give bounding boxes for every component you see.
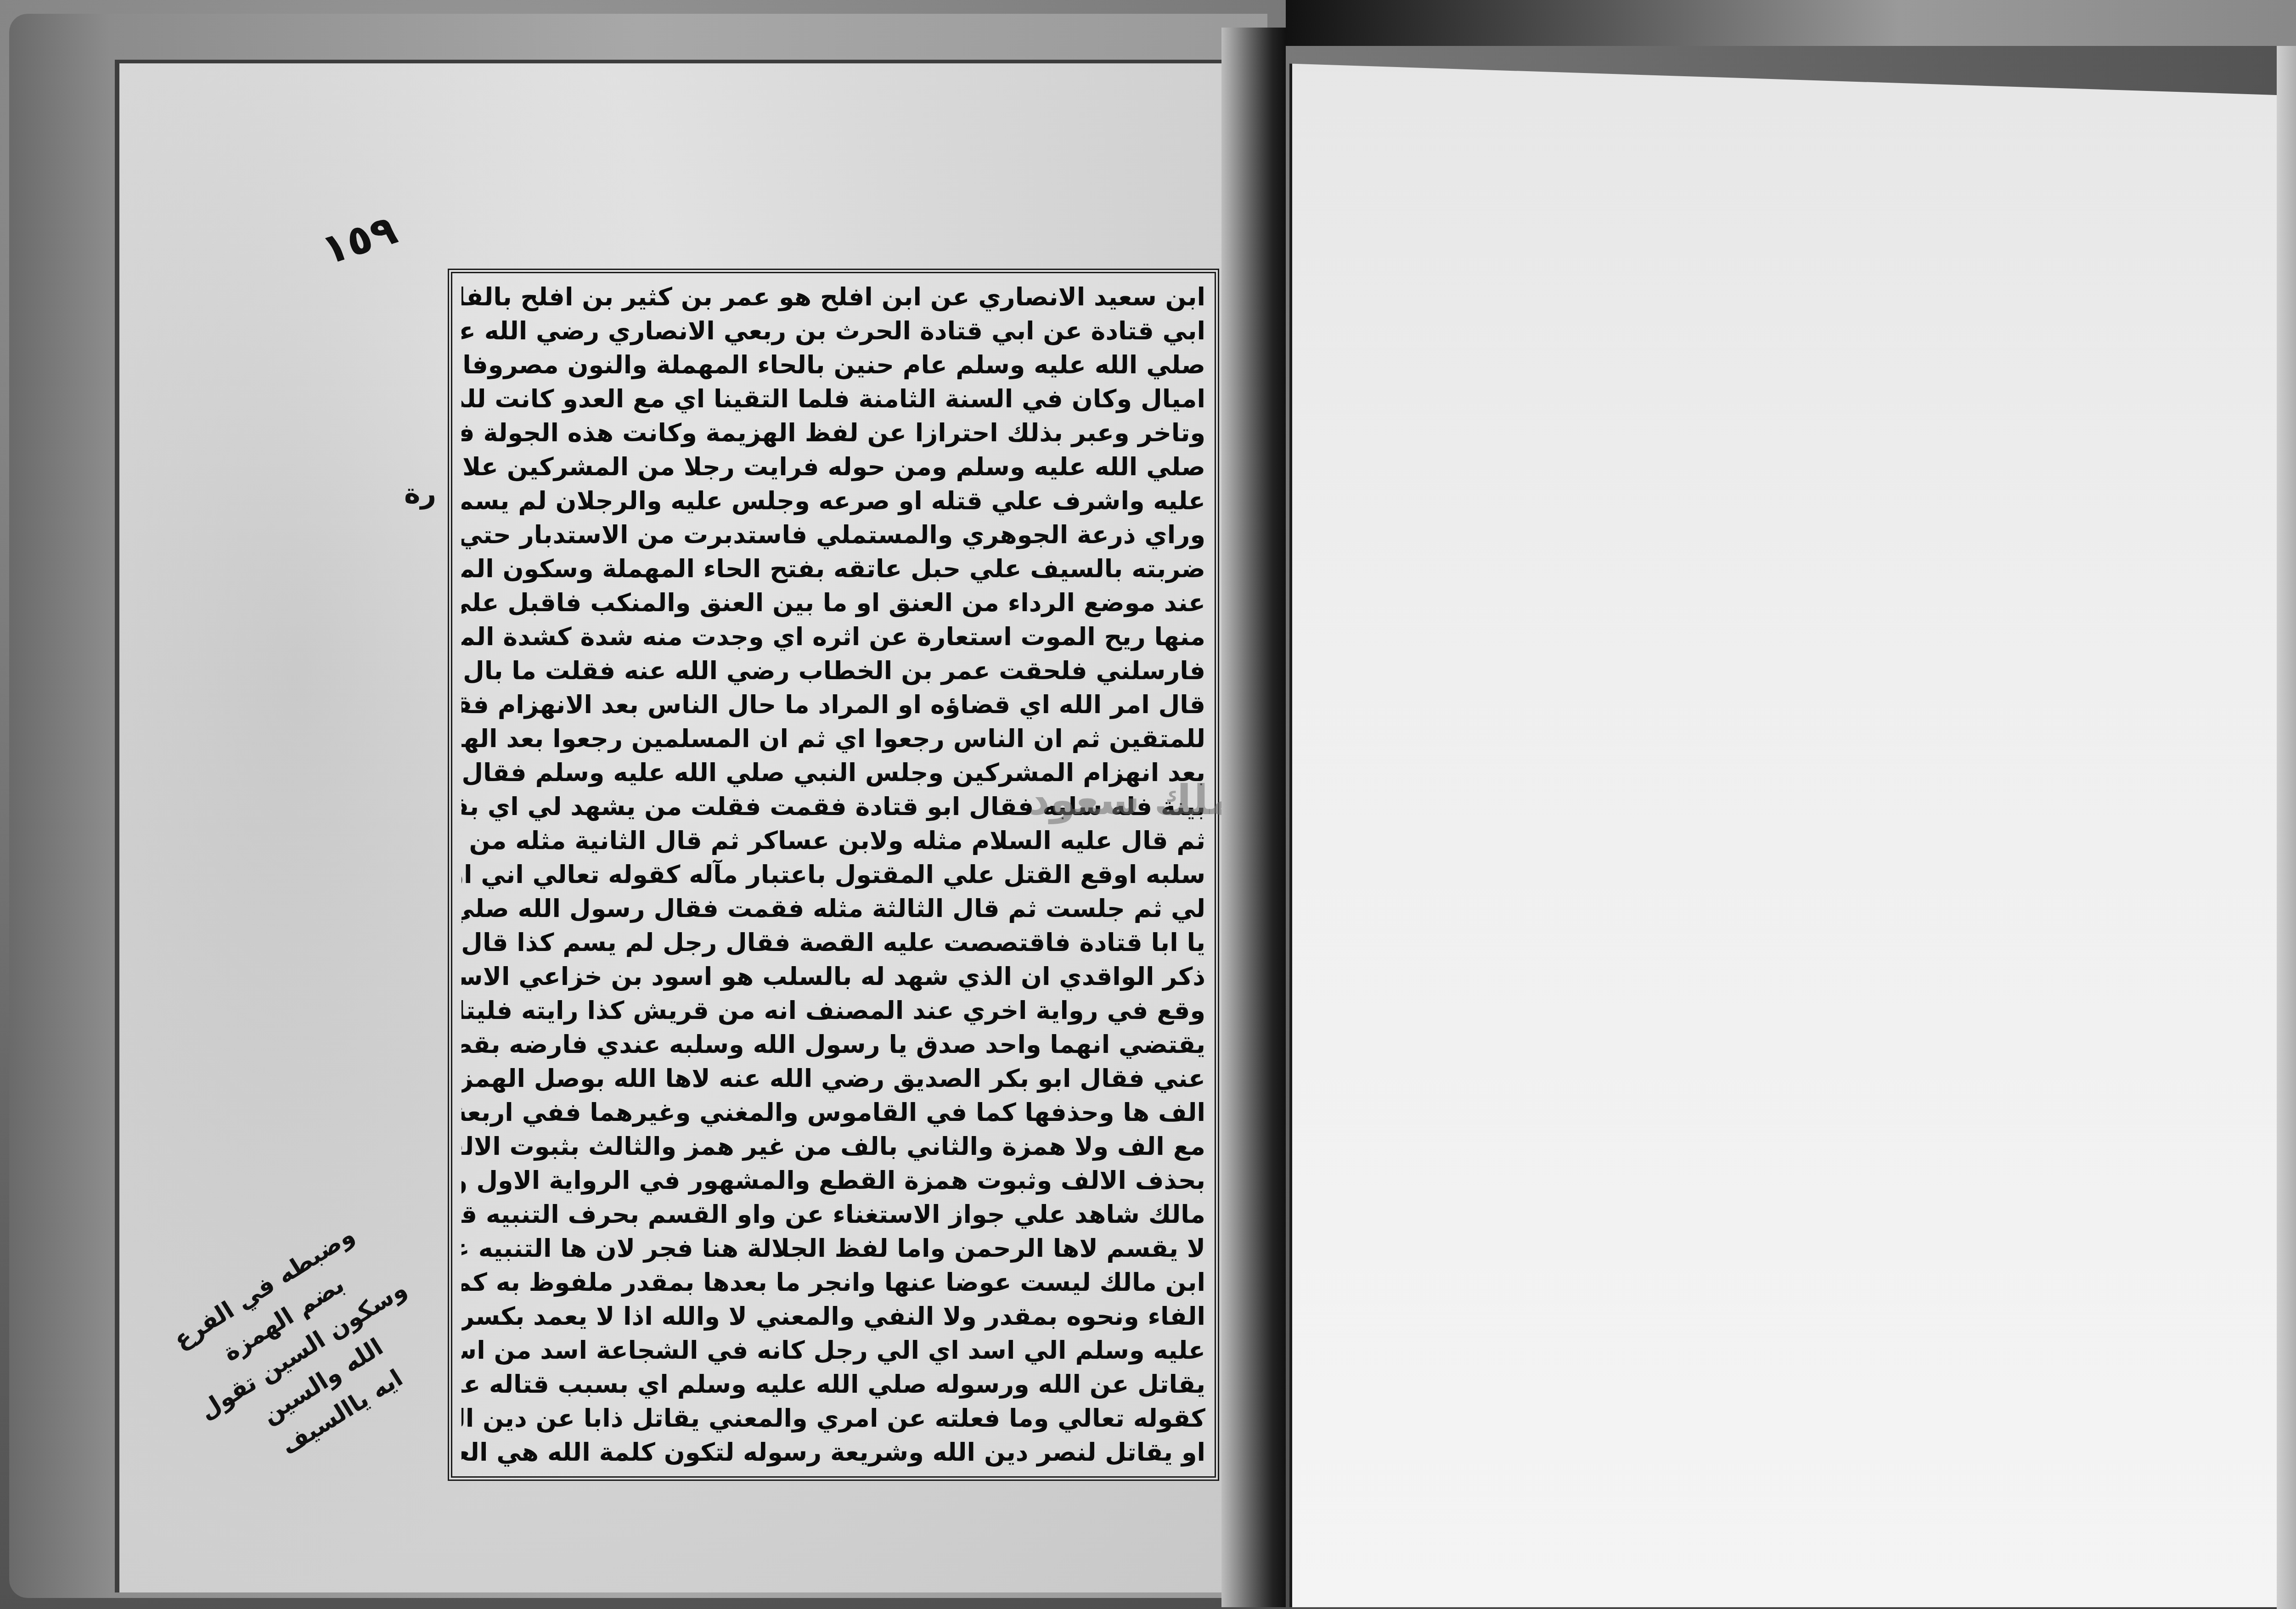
text-line: قال امر الله اي قضاؤه او المراد ما حال ا… (461, 688, 1205, 722)
text-line: مع الف ولا همزة والثاني بالف من غير همز … (461, 1130, 1205, 1164)
text-line: يقتضي انهما واحد صدق يا رسول الله وسلبه … (461, 1028, 1205, 1062)
text-line: ذكر الواقدي ان الذي شهد له بالسلب هو اسو… (461, 960, 1205, 994)
text-line: كقوله تعالي وما فعلته عن امري والمعني يق… (461, 1401, 1205, 1435)
text-line: او يقاتل لنصر دين الله وشريعة رسوله لتكو… (461, 1435, 1205, 1469)
text-line: ابن سعيد الانصاري عن ابن افلح هو عمر بن … (461, 280, 1205, 314)
text-line: يقاتل عن الله ورسوله صلي الله عليه وسلم … (461, 1367, 1205, 1401)
text-line: منها ريح الموت استعارة عن اثره اي وجدت م… (461, 620, 1205, 654)
text-line: وتاخر وعبر بذلك احترازا عن لفظ الهزيمة و… (461, 416, 1205, 450)
text-line: ثم قال عليه السلام مثله ولابن عساكر ثم ق… (461, 824, 1205, 858)
main-text-block: ابن سعيد الانصاري عن ابن افلح هو عمر بن … (461, 280, 1205, 1469)
text-line: لي ثم جلست ثم قال الثالثة مثله فقمت فقال… (461, 892, 1205, 926)
text-line: فارسلني فلحقت عمر بن الخطاب رضي الله عنه… (461, 654, 1205, 688)
text-line: وراي ذرعة الجوهري والمستملي فاستدبرت من … (461, 518, 1205, 552)
text-line: الفاء ونحوه بمقدر ولا النفي والمعني لا و… (461, 1300, 1205, 1333)
text-line: ضربته بالسيف علي حبل عاتقه بفتح الحاء ال… (461, 552, 1205, 586)
text-line: صلي الله عليه وسلم عام حنين بالحاء المهم… (461, 348, 1205, 382)
text-line: ابن مالك ليست عوضا عنها وانجر ما بعدها ب… (461, 1266, 1205, 1300)
text-line: لا يقسم لاها الرحمن واما لفظ الجلالة هنا… (461, 1232, 1205, 1266)
text-block-frame: ابن سعيد الانصاري عن ابن افلح هو عمر بن … (448, 269, 1219, 1481)
book-gutter (1221, 28, 1286, 1607)
text-line: الف ها وحذفها كما في القاموس والمغني وغي… (461, 1096, 1205, 1130)
text-line: للمتقين ثم ان الناس رجعوا اي ثم ان المسل… (461, 722, 1205, 756)
text-line: عند موضع الرداء من العنق او ما بين العنق… (461, 586, 1205, 620)
right-blank-page (1289, 32, 2279, 1607)
text-line: سلبه اوقع القتل علي المقتول باعتبار مآله… (461, 858, 1205, 892)
text-line: عني فقال ابو بكر الصديق رضي الله عنه لاه… (461, 1062, 1205, 1096)
text-line: عليه وسلم الي اسد اي الي رجل كانه في الش… (461, 1333, 1205, 1367)
text-line: ابي قتادة عن ابي قتادة الحرث بن ربعي الا… (461, 314, 1205, 348)
text-line: مالك شاهد علي جواز الاستغناء عن واو القس… (461, 1198, 1205, 1232)
text-line: صلي الله عليه وسلم ومن حوله فرايت رجلا م… (461, 450, 1205, 484)
right-page-fore-edge (2277, 46, 2296, 1609)
text-line: عليه واشرف علي قتله او صرعه وجلس عليه وا… (461, 484, 1205, 518)
text-line: وقع في رواية اخري عند المصنف انه من قريش… (461, 994, 1205, 1028)
text-line: بحذف الالف وثبوت همزة القطع والمشهور في … (461, 1164, 1205, 1198)
right-page-top-edge (1286, 0, 2296, 46)
margin-catchword: رة (404, 478, 436, 510)
text-line: اميال وكان في السنة الثامنة فلما التقينا… (461, 382, 1205, 416)
text-line: يا ابا قتادة فاقتصصت عليه القصة فقال رجل… (461, 926, 1205, 960)
